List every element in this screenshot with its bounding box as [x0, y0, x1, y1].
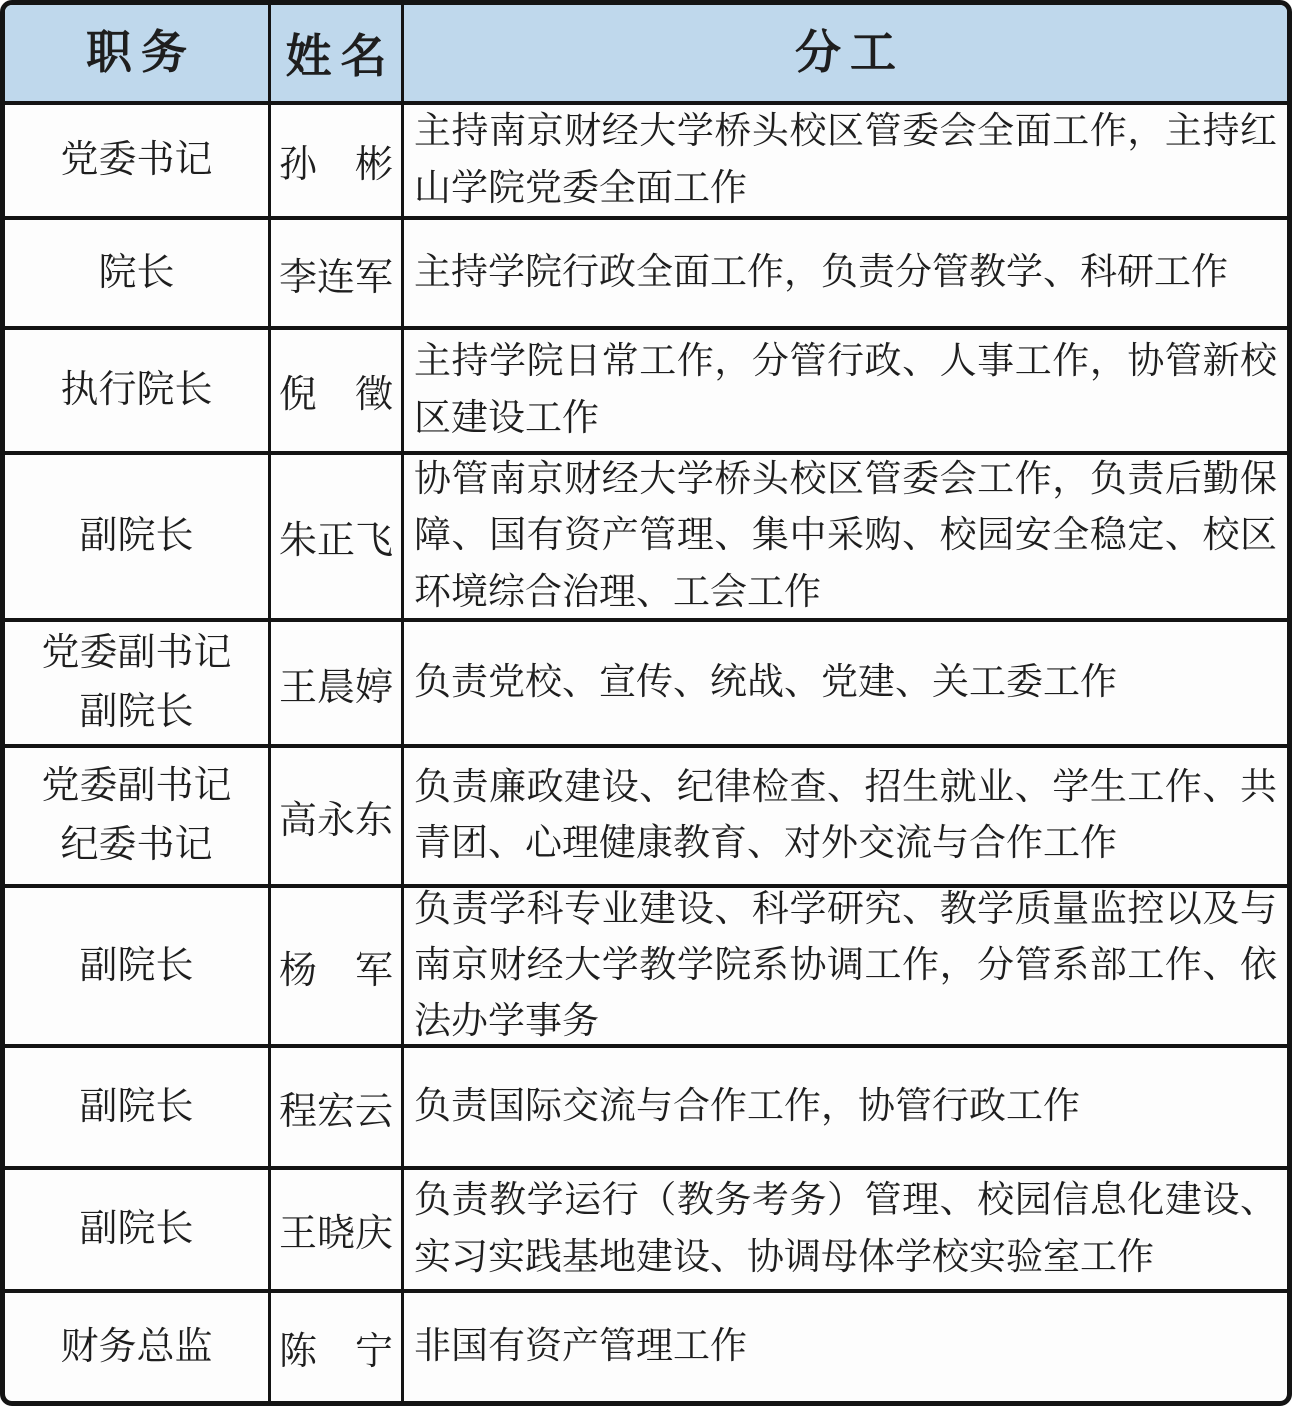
duties-text: 负责教学运行（教务考务）管理、校园信息化建设、实习实践基地建设、协调母体学校实验…	[414, 1173, 1277, 1285]
table-row: 党委副书记 纪委书记 高永东 负责廉政建设、纪律检查、招生就业、学生工作、共青团…	[5, 748, 1287, 888]
position-label: 党委副书记 纪委书记	[5, 757, 268, 875]
cell-position: 院长	[5, 220, 271, 326]
header-cell-position: 职务	[5, 5, 271, 101]
header-row: 职务 姓名 分工	[5, 5, 1287, 105]
cell-name: 王晨婷	[271, 622, 404, 744]
cell-name: 朱正飞	[271, 455, 404, 618]
cell-name: 王晓庆	[271, 1170, 404, 1289]
duties-text: 负责学科专业建设、科学研究、教学质量监控以及与南京财经大学教学院系协调工作，分管…	[414, 888, 1277, 1044]
cell-duties: 负责廉政建设、纪律检查、招生就业、学生工作、共青团、心理健康教育、对外交流与合作…	[404, 748, 1287, 884]
cell-position: 党委副书记 纪委书记	[5, 748, 271, 884]
cell-position: 副院长	[5, 1170, 271, 1289]
cell-position: 副院长	[5, 888, 271, 1044]
person-name: 王晨婷	[271, 656, 401, 711]
cell-duties: 主持学院行政全面工作，负责分管教学、科研工作	[404, 220, 1287, 326]
person-name: 孙 彬	[271, 133, 401, 188]
cell-position: 党委副书记 副院长	[5, 622, 271, 744]
table-row: 执行院长 倪 徵 主持学院日常工作，分管行政、人事工作，协管新校区建设工作	[5, 330, 1287, 455]
cell-duties: 非国有资产管理工作	[404, 1293, 1287, 1401]
person-name: 陈 宁	[271, 1320, 401, 1375]
duties-text: 协管南京财经大学桥头校区管委会工作，负责后勤保障、国有资产管理、集中采购、校园安…	[414, 455, 1277, 618]
leadership-table: 职务 姓名 分工 党委书记 孙 彬 主持南京财经大学桥头校区管委会全面工作，主持…	[0, 0, 1292, 1406]
cell-duties: 协管南京财经大学桥头校区管委会工作，负责后勤保障、国有资产管理、集中采购、校园安…	[404, 455, 1287, 618]
cell-name: 高永东	[271, 748, 404, 884]
duties-text: 非国有资产管理工作	[414, 1319, 1277, 1375]
cell-name: 杨 军	[271, 888, 404, 1044]
table-row: 院长 李连军 主持学院行政全面工作，负责分管教学、科研工作	[5, 220, 1287, 330]
position-label: 副院长	[5, 1200, 268, 1259]
duties-text: 主持学院行政全面工作，负责分管教学、科研工作	[414, 245, 1277, 301]
table-row: 副院长 程宏云 负责国际交流与合作工作，协管行政工作	[5, 1048, 1287, 1170]
cell-position: 党委书记	[5, 105, 271, 216]
position-label: 党委书记	[5, 131, 268, 190]
duties-text: 负责廉政建设、纪律检查、招生就业、学生工作、共青团、心理健康教育、对外交流与合作…	[414, 760, 1277, 872]
cell-duties: 主持学院日常工作，分管行政、人事工作，协管新校区建设工作	[404, 330, 1287, 451]
position-label: 党委副书记 副院长	[5, 624, 268, 742]
position-label: 院长	[5, 244, 268, 303]
duties-text: 主持南京财经大学桥头校区管委会全面工作，主持红山学院党委全面工作	[414, 105, 1277, 216]
person-name: 高永东	[271, 789, 401, 844]
duties-text: 负责党校、宣传、统战、党建、关工委工作	[414, 655, 1277, 711]
position-label: 执行院长	[5, 361, 268, 420]
header-cell-name: 姓名	[271, 5, 404, 101]
cell-duties: 负责教学运行（教务考务）管理、校园信息化建设、实习实践基地建设、协调母体学校实验…	[404, 1170, 1287, 1289]
cell-name: 孙 彬	[271, 105, 404, 216]
table-row: 副院长 朱正飞 协管南京财经大学桥头校区管委会工作，负责后勤保障、国有资产管理、…	[5, 455, 1287, 622]
cell-name: 倪 徵	[271, 330, 404, 451]
cell-name: 陈 宁	[271, 1293, 404, 1401]
cell-duties: 负责党校、宣传、统战、党建、关工委工作	[404, 622, 1287, 744]
header-cell-duties: 分工	[404, 5, 1287, 101]
table-row: 副院长 王晓庆 负责教学运行（教务考务）管理、校园信息化建设、实习实践基地建设、…	[5, 1170, 1287, 1293]
cell-position: 副院长	[5, 455, 271, 618]
position-label: 财务总监	[5, 1318, 268, 1377]
duties-text: 主持学院日常工作，分管行政、人事工作，协管新校区建设工作	[414, 334, 1277, 446]
cell-position: 财务总监	[5, 1293, 271, 1401]
cell-position: 执行院长	[5, 330, 271, 451]
position-label: 副院长	[5, 507, 268, 566]
person-name: 李连军	[271, 246, 401, 301]
cell-name: 程宏云	[271, 1048, 404, 1166]
header-label-position: 职务	[5, 17, 268, 88]
duties-text: 负责国际交流与合作工作，协管行政工作	[414, 1079, 1277, 1135]
person-name: 程宏云	[271, 1080, 401, 1135]
cell-duties: 负责国际交流与合作工作，协管行政工作	[404, 1048, 1287, 1166]
header-label-duties: 分工	[414, 18, 1277, 88]
position-label: 副院长	[5, 1078, 268, 1137]
table-row: 副院长 杨 军 负责学科专业建设、科学研究、教学质量监控以及与南京财经大学教学院…	[5, 888, 1287, 1048]
person-name: 杨 军	[271, 939, 401, 994]
person-name: 倪 徵	[271, 363, 401, 418]
header-label-name: 姓名	[271, 20, 401, 86]
table-row: 党委书记 孙 彬 主持南京财经大学桥头校区管委会全面工作，主持红山学院党委全面工…	[5, 105, 1287, 220]
cell-position: 副院长	[5, 1048, 271, 1166]
cell-duties: 负责学科专业建设、科学研究、教学质量监控以及与南京财经大学教学院系协调工作，分管…	[404, 888, 1287, 1044]
person-name: 王晓庆	[271, 1202, 401, 1257]
position-label: 副院长	[5, 937, 268, 996]
person-name: 朱正飞	[271, 509, 401, 564]
cell-name: 李连军	[271, 220, 404, 326]
table-row: 财务总监 陈 宁 非国有资产管理工作	[5, 1293, 1287, 1401]
cell-duties: 主持南京财经大学桥头校区管委会全面工作，主持红山学院党委全面工作	[404, 105, 1287, 216]
table-row: 党委副书记 副院长 王晨婷 负责党校、宣传、统战、党建、关工委工作	[5, 622, 1287, 748]
